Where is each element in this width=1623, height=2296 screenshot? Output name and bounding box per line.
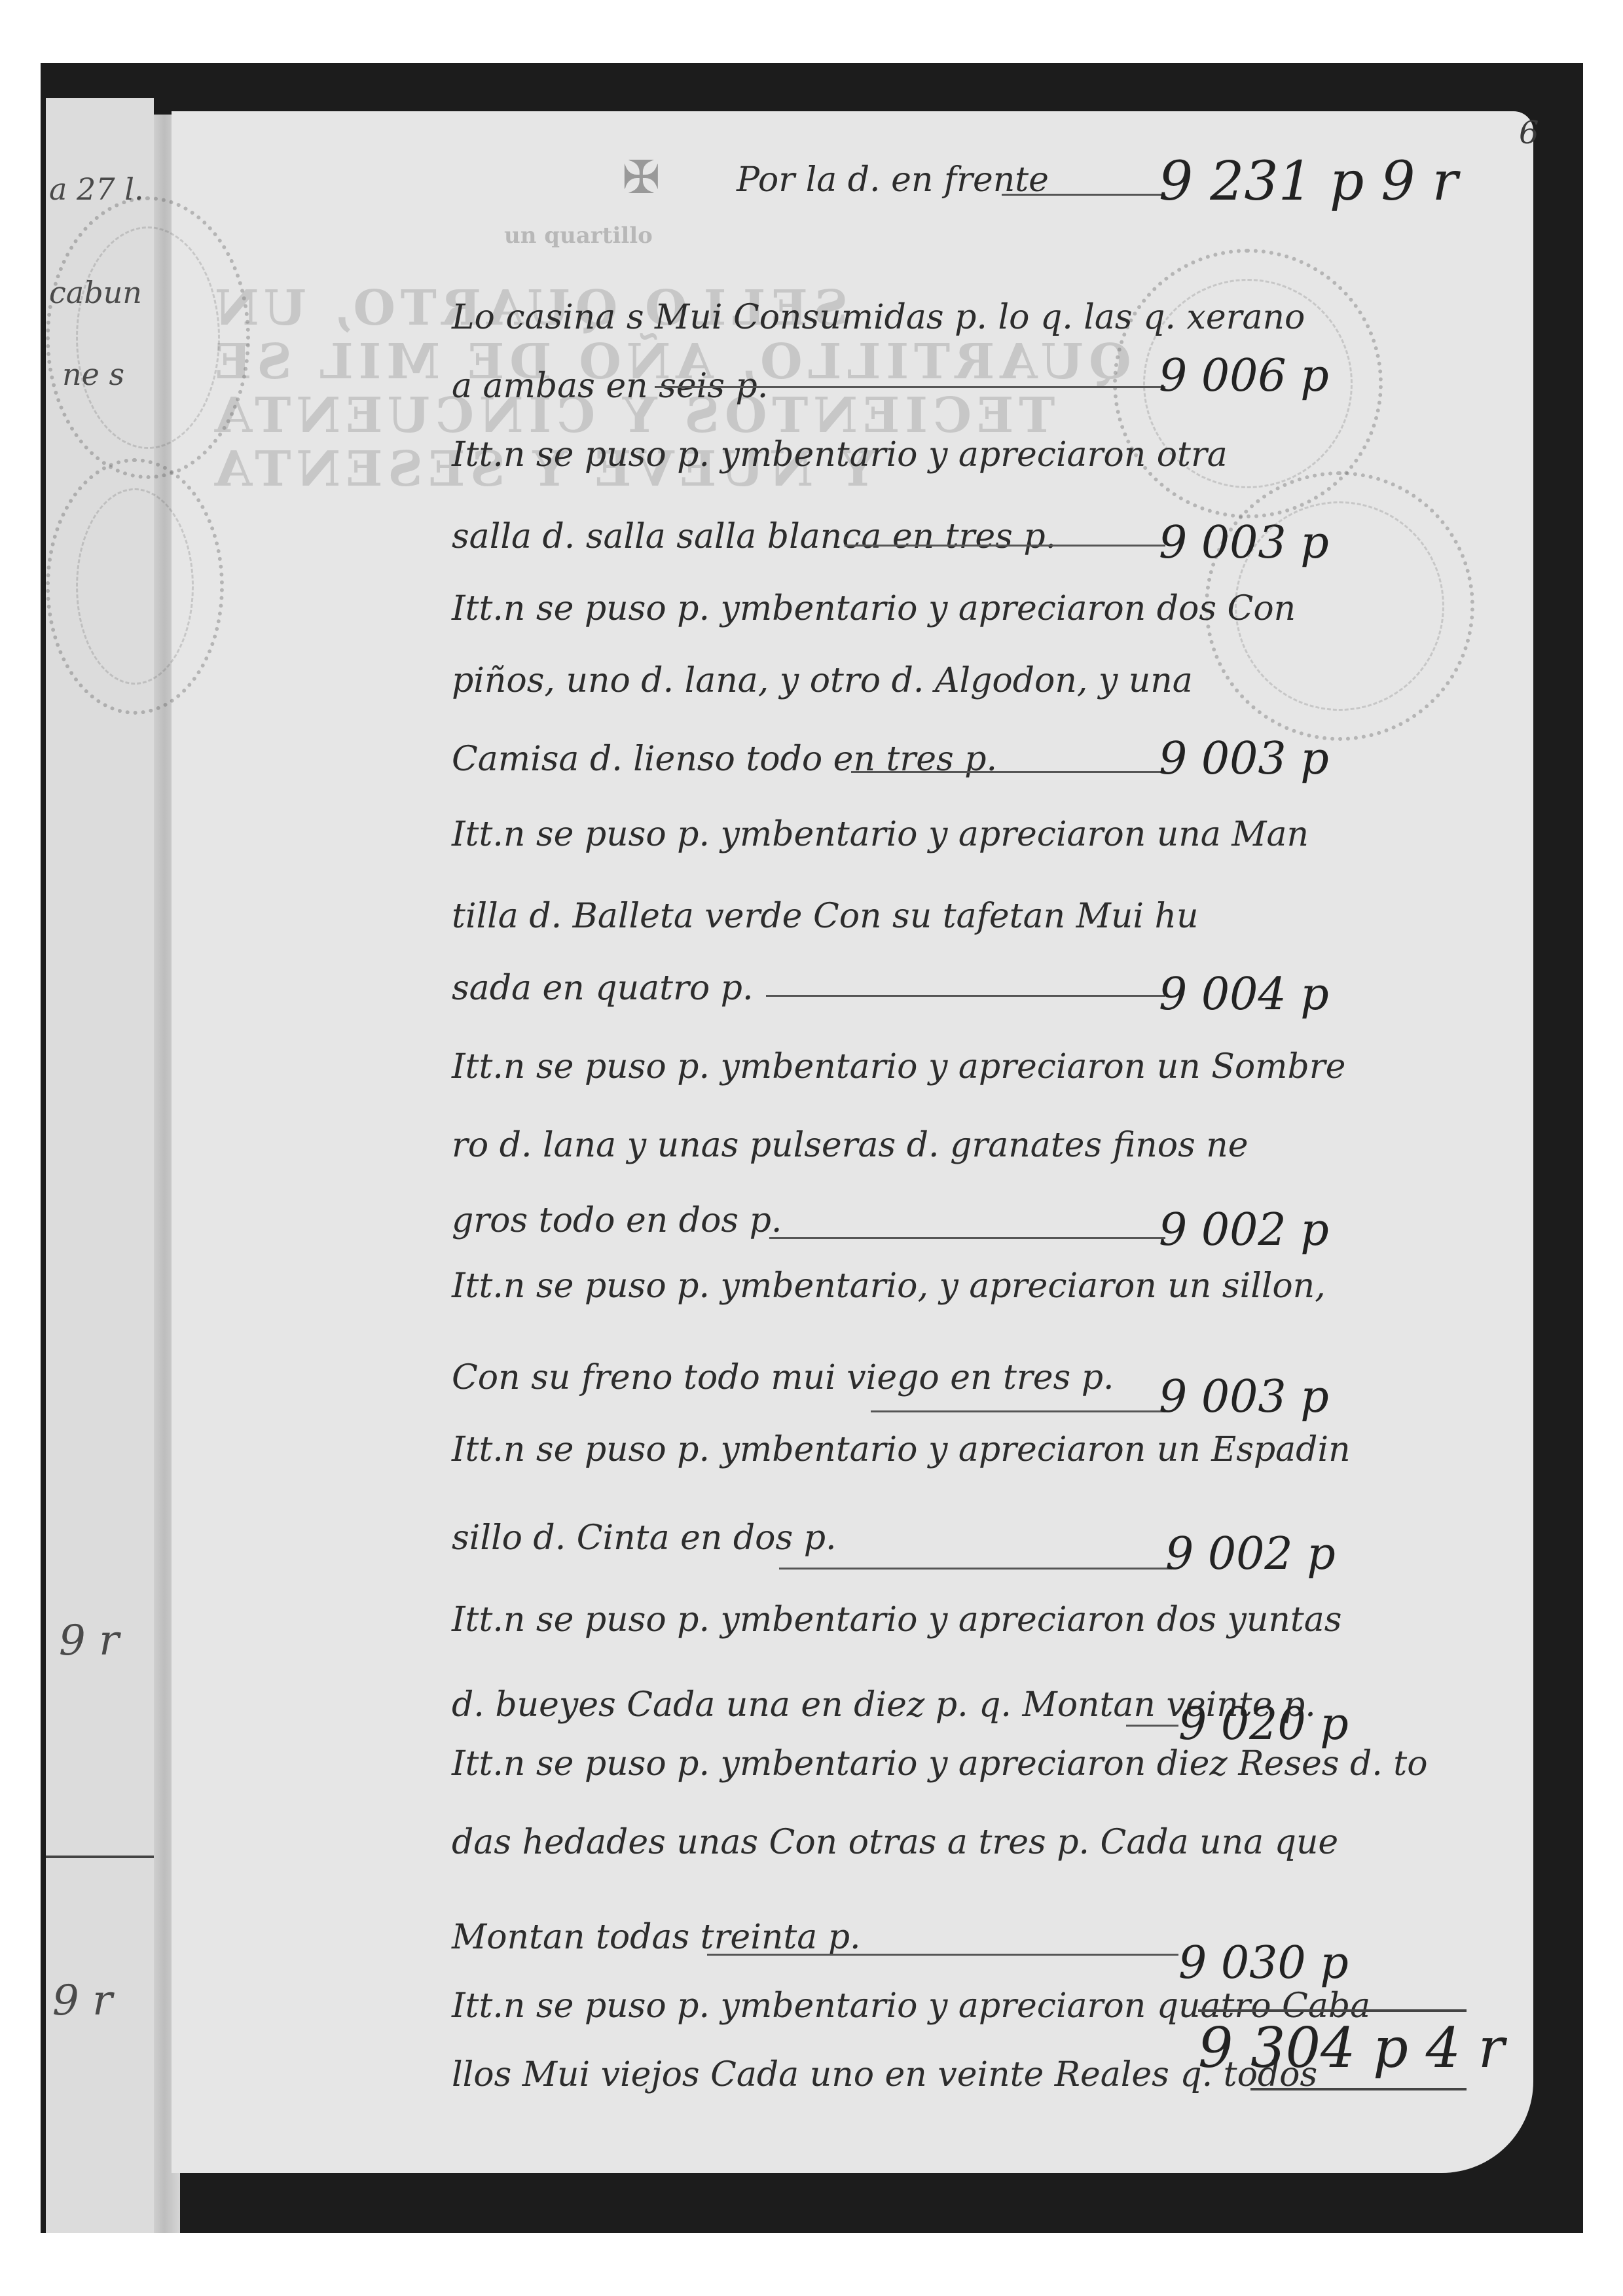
entry-amount: 9 003 p [1159, 517, 1329, 569]
entry-line: sada en quatro p. [452, 969, 753, 1008]
entry-line: Itt.n se puso p. ymbentario, y apreciaro… [452, 1266, 1326, 1306]
folio-number: 6 [1519, 115, 1539, 151]
entry-amount: 9 020 p [1178, 1698, 1349, 1750]
seal-stamp-left-lower [46, 458, 224, 715]
left-page-fragment: ne s [62, 357, 124, 392]
leader-line [779, 1568, 1172, 1570]
entry-line: Con su freno todo mui viego en tres p. [452, 1358, 1114, 1397]
left-page-fragment: a 27 l. [49, 171, 144, 207]
left-page-rule [46, 1856, 154, 1858]
entry-line: Itt.n se puso p. ymbentario y apreciaron… [452, 435, 1228, 475]
total-rule-top [1198, 2009, 1467, 2012]
entry-amount: 9 004 p [1159, 969, 1329, 1020]
entry-line: Itt.n se puso p. ymbentario y apreciaron… [452, 1744, 1428, 1784]
entry-amount: 9 002 p [1159, 1204, 1329, 1256]
entry-amount: 9 003 p [1159, 1371, 1329, 1423]
entry-line: llos Mui viejos Cada uno en veinte Reale… [452, 2055, 1317, 2094]
left-page-fragment: 9 r [59, 1617, 119, 1665]
entry-line: Itt.n se puso p. ymbentario y apreciaron… [452, 1600, 1342, 1640]
leader-line [1126, 1725, 1178, 1727]
entry-line: piños, uno d. lana, y otro d. Algodon, y… [452, 661, 1193, 700]
cross-icon: ✠ [622, 151, 661, 204]
leader-line [845, 545, 1165, 547]
entry-line: Montan todas treinta p. [452, 1918, 861, 1957]
stamp-header: un quartillo [504, 223, 653, 249]
entry-amount: 9 006 p [1159, 350, 1329, 402]
entry-line: ro d. lana y unas pulseras d. granates f… [452, 1126, 1249, 1165]
leader-line [655, 386, 1165, 388]
leader-line [1002, 194, 1165, 196]
entry-line: sillo d. Cinta en dos p. [452, 1518, 837, 1558]
leader-line [707, 1954, 1178, 1956]
entry-line: tilla d. Balleta verde Con su tafetan Mu… [452, 897, 1198, 936]
entry-amount: 9 030 p [1178, 1937, 1349, 1989]
carried-forward-amount: 9 231 p 9 r [1159, 151, 1458, 213]
entry-line: Itt.n se puso p. ymbentario y apreciaron… [452, 589, 1296, 628]
entry-line: Itt.n se puso p. ymbentario y apreciaron… [452, 815, 1309, 854]
entry-line: Itt.n se puso p. ymbentario y apreciaron… [452, 1430, 1351, 1469]
leader-line [769, 1237, 1165, 1239]
entry-line: gros todo en dos p. [452, 1201, 782, 1240]
entry-line: Itt.n se puso p. ymbentario y apreciaron… [452, 1047, 1345, 1086]
leader-line [871, 1410, 1165, 1412]
entry-line: Camisa d. lienso todo en tres p. [452, 740, 997, 779]
leader-line [766, 995, 1165, 997]
left-page-fragment: 9 r [52, 1977, 113, 2025]
total-rule-bottom [1250, 2088, 1467, 2090]
left-page-fragment: cabun [49, 275, 142, 310]
entry-amount: 9 002 p [1165, 1528, 1336, 1580]
leader-line [851, 771, 1165, 773]
entry-line: salla d. salla salla blanca en tres p. [452, 517, 1056, 556]
page-total-amount: 9 304 p 4 r [1198, 2016, 1504, 2080]
entry-line: das hedades unas Con otras a tres p. Cad… [452, 1823, 1338, 1862]
entry-line: Lo casina s Mui Consumidas p. lo q. las … [452, 298, 1305, 337]
entry-amount: 9 003 p [1159, 733, 1329, 785]
